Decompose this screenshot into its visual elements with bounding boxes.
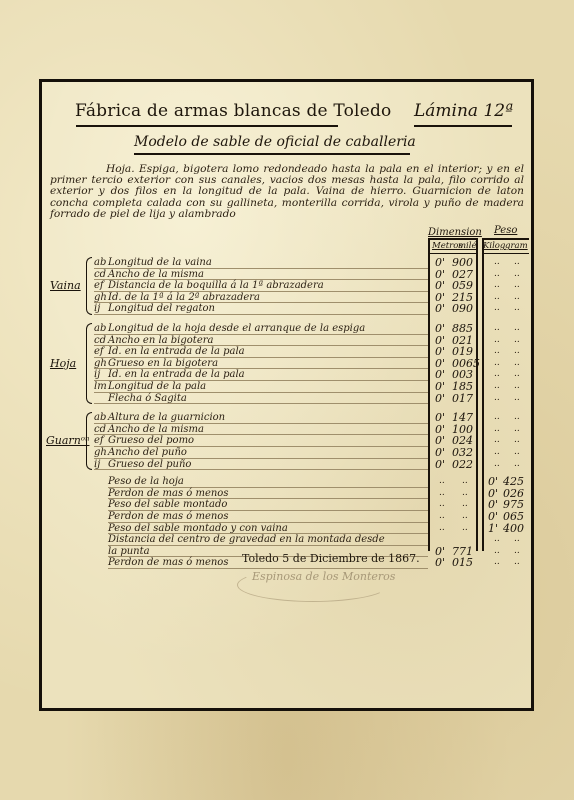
value-gram: .. bbox=[514, 280, 520, 290]
value-metros: 0' bbox=[435, 556, 445, 569]
description-paragraph: Hoja. Espiga, bigotera lomo redondeado h… bbox=[50, 164, 524, 220]
value-gram: .. bbox=[514, 447, 520, 457]
row-code: cd bbox=[94, 269, 106, 280]
value-metros: 0' bbox=[435, 302, 445, 315]
value-gram: .. bbox=[514, 323, 520, 333]
group-brace bbox=[86, 323, 92, 404]
value-milimetros: 015 bbox=[452, 556, 473, 569]
dimension-sub-mile: milé bbox=[458, 241, 477, 251]
value-milimetros: 090 bbox=[452, 302, 473, 315]
value-gram: .. bbox=[514, 257, 520, 267]
column-line-left bbox=[428, 238, 430, 551]
dimension-box-top bbox=[428, 238, 478, 240]
column-line-mid-a bbox=[476, 238, 478, 551]
row-label: Flecha ó Sagita bbox=[108, 393, 187, 404]
ruled-line bbox=[108, 545, 428, 546]
date-line: Toledo 5 de Diciembre de 1867. bbox=[242, 552, 420, 565]
row-label: Distancia de la boquilla á la 1ª abrazad… bbox=[108, 280, 324, 291]
value-kilog: .. bbox=[494, 534, 500, 544]
value-kilog: .. bbox=[494, 257, 500, 267]
weight-label: Peso de la hoja bbox=[108, 476, 184, 487]
row-label: Altura de la guarnicion bbox=[108, 412, 225, 423]
row-code: ab bbox=[94, 412, 106, 423]
ruled-line bbox=[94, 403, 428, 404]
row-label: Id. de la 1ª á la 2ª abrazadera bbox=[108, 292, 260, 303]
peso-box-bottom bbox=[482, 253, 529, 254]
document-frame: Fábrica de armas blancas de Toledo Lámin… bbox=[39, 79, 534, 711]
row-code: ij bbox=[94, 369, 100, 380]
value-kilog: .. bbox=[494, 435, 500, 445]
group-label: Guarnᵒⁿ bbox=[46, 434, 89, 447]
value-kilog: .. bbox=[494, 335, 500, 345]
row-code: cd bbox=[94, 424, 106, 435]
ruled-line bbox=[108, 568, 428, 569]
value-gram: .. bbox=[514, 459, 520, 469]
peso-sub-gram: gram bbox=[505, 241, 528, 251]
row-label: Longitud de la hoja desde el arranque de… bbox=[108, 323, 365, 334]
value-gram: .. bbox=[514, 546, 520, 556]
row-label: Longitud del regaton bbox=[108, 303, 215, 314]
value-milimetros: .. bbox=[462, 488, 468, 498]
value-gram: .. bbox=[514, 335, 520, 345]
value-kilog: .. bbox=[494, 557, 500, 567]
value-gram: .. bbox=[514, 534, 520, 544]
value-kilog: .. bbox=[494, 292, 500, 302]
value-kilog: .. bbox=[494, 381, 500, 391]
row-code: ef bbox=[94, 435, 104, 446]
value-kilog: 1' bbox=[488, 522, 498, 535]
weight-label: Distancia del centro de gravedad en la m… bbox=[108, 534, 385, 545]
row-label: Id. en la entrada de la pala bbox=[108, 369, 245, 380]
value-kilog: .. bbox=[494, 459, 500, 469]
row-code: gh bbox=[94, 447, 107, 458]
title-underline bbox=[76, 125, 338, 127]
row-code: ij bbox=[94, 459, 100, 470]
ruled-line bbox=[94, 314, 428, 315]
row-code: gh bbox=[94, 292, 107, 303]
value-gram: .. bbox=[514, 303, 520, 313]
value-gram: .. bbox=[514, 381, 520, 391]
value-gram: .. bbox=[514, 557, 520, 567]
row-code: ef bbox=[94, 346, 104, 357]
value-kilog: .. bbox=[494, 280, 500, 290]
ruled-line bbox=[94, 469, 428, 470]
plate-underline bbox=[414, 125, 512, 127]
row-label: Grueso del pomo bbox=[108, 435, 194, 446]
row-label: Grueso del puño bbox=[108, 459, 191, 470]
value-milimetros: 017 bbox=[452, 392, 473, 405]
value-milimetros: 022 bbox=[452, 458, 473, 471]
value-milimetros: .. bbox=[462, 499, 468, 509]
group-label: Vaina bbox=[50, 279, 81, 292]
row-code: ij bbox=[94, 303, 100, 314]
weight-label: Peso del sable montado y con vaina bbox=[108, 523, 288, 534]
column-line-mid-b bbox=[482, 238, 484, 551]
value-milimetros: .. bbox=[462, 476, 468, 486]
weight-label: Peso del sable montado bbox=[108, 499, 227, 510]
weight-label: Perdon de mas ó menos bbox=[108, 488, 228, 499]
value-kilog: .. bbox=[494, 393, 500, 403]
row-code: ab bbox=[94, 323, 106, 334]
weight-label: Perdon de mas ó menos bbox=[108, 557, 228, 568]
value-metros: 0' bbox=[435, 458, 445, 471]
value-metros: .. bbox=[439, 476, 445, 486]
value-gram: .. bbox=[514, 292, 520, 302]
row-code: gh bbox=[94, 358, 107, 369]
row-label: Ancho en la bigotera bbox=[108, 335, 213, 346]
value-gram: .. bbox=[514, 424, 520, 434]
value-milimetros: .. bbox=[462, 523, 468, 533]
weight-label: la punta bbox=[108, 546, 150, 557]
value-kilog: .. bbox=[494, 412, 500, 422]
value-metros: .. bbox=[439, 523, 445, 533]
group-brace bbox=[86, 257, 92, 315]
row-label: Ancho de la misma bbox=[108, 269, 204, 280]
value-kilog: .. bbox=[494, 424, 500, 434]
row-code: ef bbox=[94, 280, 104, 291]
row-code: ab bbox=[94, 257, 106, 268]
row-label: Grueso en la bigotera bbox=[108, 358, 218, 369]
value-metros: 0' bbox=[435, 392, 445, 405]
weight-label: Perdon de mas ó menos bbox=[108, 511, 228, 522]
peso-sub-kilog: Kilog bbox=[483, 241, 505, 251]
peso-box-top bbox=[482, 238, 529, 240]
value-gram: .. bbox=[514, 346, 520, 356]
subtitle-underline bbox=[134, 153, 410, 155]
value-metros: .. bbox=[439, 499, 445, 509]
dimension-box-bottom bbox=[428, 253, 478, 254]
value-kilog: .. bbox=[494, 369, 500, 379]
group-label: Hoja bbox=[50, 357, 76, 370]
row-label: Ancho del puño bbox=[108, 447, 187, 458]
row-label: Longitud de la vaina bbox=[108, 257, 212, 268]
value-gram: .. bbox=[514, 269, 520, 279]
value-gram: .. bbox=[514, 369, 520, 379]
value-metros: .. bbox=[439, 511, 445, 521]
value-kilog: .. bbox=[494, 303, 500, 313]
value-kilog: .. bbox=[494, 346, 500, 356]
value-kilog: .. bbox=[494, 323, 500, 333]
row-label: Ancho de la misma bbox=[108, 424, 204, 435]
peso-header: Peso bbox=[494, 225, 517, 236]
value-kilog: .. bbox=[494, 546, 500, 556]
signature: Espinosa de los Monteros bbox=[252, 570, 395, 583]
value-gram: .. bbox=[514, 435, 520, 445]
value-gram: .. bbox=[514, 412, 520, 422]
row-code: lm bbox=[94, 381, 107, 392]
value-gram: .. bbox=[514, 358, 520, 368]
header-title: Fábrica de armas blancas de Toledo bbox=[75, 101, 391, 121]
value-kilog: .. bbox=[494, 447, 500, 457]
value-gram: 400 bbox=[503, 522, 524, 535]
value-milimetros: .. bbox=[462, 511, 468, 521]
row-code: cd bbox=[94, 335, 106, 346]
value-metros: .. bbox=[439, 488, 445, 498]
value-gram: .. bbox=[514, 393, 520, 403]
row-label: Id. en la entrada de la pala bbox=[108, 346, 245, 357]
dimension-header: Dimension bbox=[428, 227, 482, 238]
plate-number: Lámina 12ª bbox=[414, 101, 513, 121]
subtitle: Modelo de sable de oficial de caballeria bbox=[134, 134, 416, 150]
row-label: Longitud de la pala bbox=[108, 381, 206, 392]
value-kilog: .. bbox=[494, 358, 500, 368]
value-kilog: .. bbox=[494, 269, 500, 279]
